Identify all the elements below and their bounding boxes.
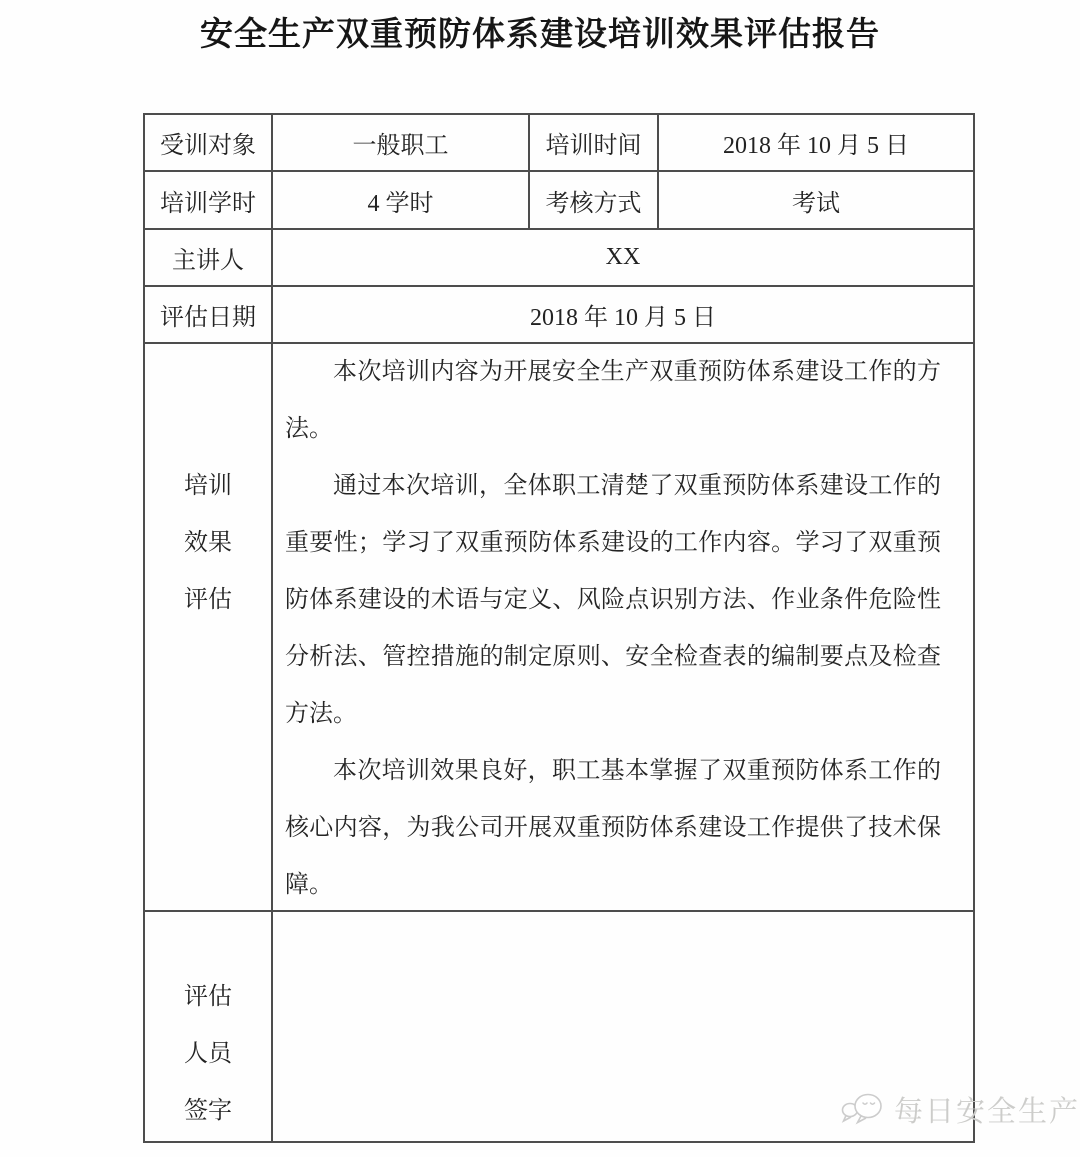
evaluation-date-value: 2018 年 10 月 5 日: [273, 287, 973, 344]
lecturer-value: XX: [273, 230, 973, 287]
training-time-label: 培训时间: [530, 115, 659, 172]
table-row: 受训对象 一般职工 培训时间 2018 年 10 月 5 日: [145, 115, 973, 172]
lecturer-label: 主讲人: [145, 230, 273, 287]
evaluation-label: 培训 效果 评估: [145, 344, 273, 912]
evaluation-label-line: 效果: [184, 515, 232, 572]
signature-value-cell: [273, 912, 973, 1141]
evaluation-date-label: 评估日期: [145, 287, 273, 344]
signature-label-line: 签字: [184, 1083, 232, 1140]
training-hours-value: 4 学时: [273, 172, 530, 230]
table-row: 评估 人员 签字: [145, 912, 973, 1141]
evaluation-content: 本次培训内容为开展安全生产双重预防体系建设工作的方法。 通过本次培训，全体职工清…: [273, 344, 973, 912]
trainees-value: 一般职工: [273, 115, 530, 172]
report-table: 受训对象 一般职工 培训时间 2018 年 10 月 5 日 培训学时 4 学时…: [143, 113, 975, 1143]
evaluation-paragraph: 本次培训内容为开展安全生产双重预防体系建设工作的方法。: [285, 344, 941, 458]
evaluation-paragraph: 通过本次培训，全体职工清楚了双重预防体系建设工作的重要性；学习了双重预防体系建设…: [285, 458, 941, 743]
signature-label-line: 评估: [184, 969, 232, 1026]
evaluation-label-line: 评估: [184, 572, 232, 629]
evaluation-label-line: 培训: [184, 458, 232, 515]
trainees-label: 受训对象: [145, 115, 273, 172]
report-page: 安全生产双重预防体系建设培训效果评估报告 受训对象 一般职工 培训时间 2018…: [0, 0, 1080, 1157]
signature-label-line: 人员: [184, 1026, 232, 1083]
training-hours-label: 培训学时: [145, 172, 273, 230]
table-row: 评估日期 2018 年 10 月 5 日: [145, 287, 973, 344]
evaluation-paragraph: 本次培训效果良好，职工基本掌握了双重预防体系工作的核心内容，为我公司开展双重预防…: [285, 743, 941, 914]
page-title: 安全生产双重预防体系建设培训效果评估报告: [0, 8, 1080, 55]
signature-label: 评估 人员 签字: [145, 912, 273, 1141]
table-row: 培训学时 4 学时 考核方式 考试: [145, 172, 973, 230]
table-row: 培训 效果 评估 本次培训内容为开展安全生产双重预防体系建设工作的方法。 通过本…: [145, 344, 973, 912]
assessment-method-value: 考试: [659, 172, 973, 230]
training-time-value: 2018 年 10 月 5 日: [659, 115, 973, 172]
table-row: 主讲人 XX: [145, 230, 973, 287]
assessment-method-label: 考核方式: [530, 172, 659, 230]
